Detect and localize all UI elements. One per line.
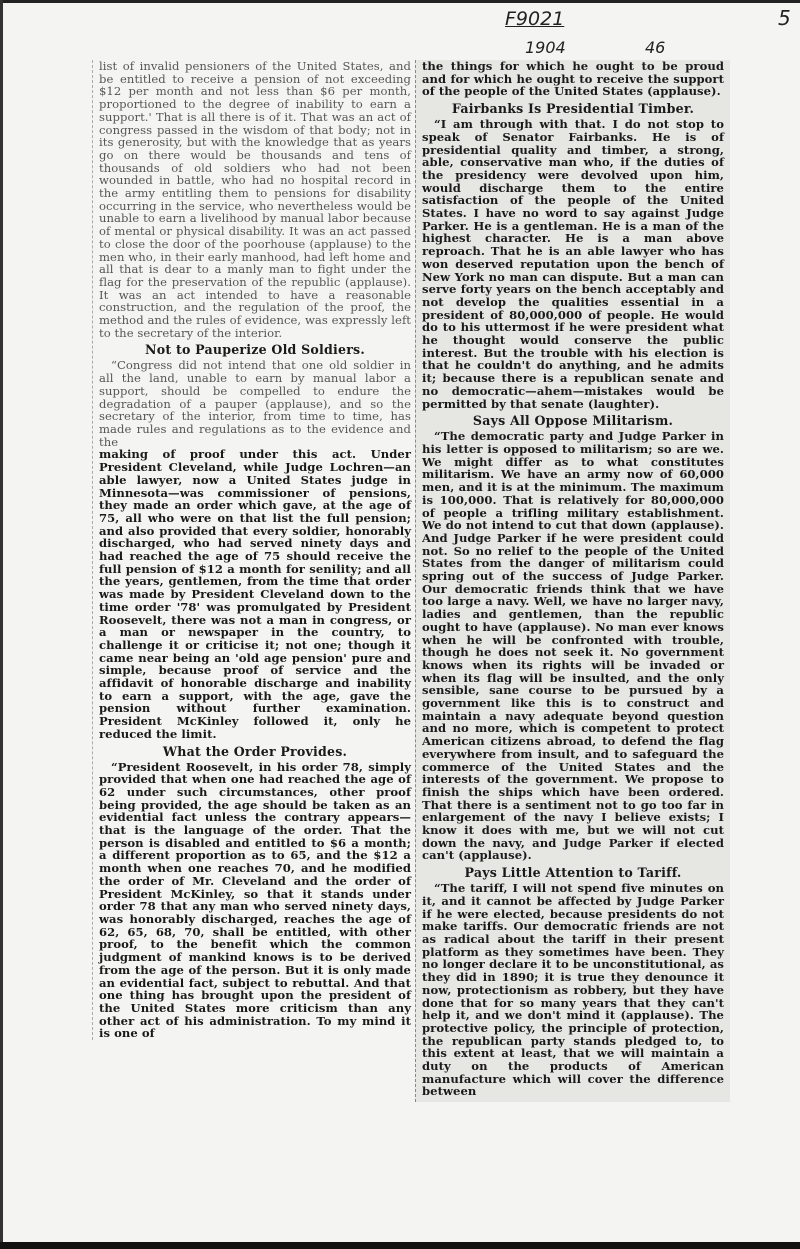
heading-fairbanks: Fairbanks Is Presidential Timber. <box>422 101 724 116</box>
handwritten-item-number: 46 <box>645 38 665 57</box>
heading-militarism: Says All Oppose Militarism. <box>422 413 724 428</box>
left-paragraph-1: list of invalid pensioners of the United… <box>99 60 411 339</box>
scan-border-top <box>0 0 800 3</box>
right-paragraph-3: “The democratic party and Judge Parker i… <box>422 430 724 862</box>
right-paragraph-1: the things for which he ought to be prou… <box>422 60 724 98</box>
handwritten-year: 1904 <box>525 38 566 57</box>
right-paragraph-4: “The tariff, I will not spend five minut… <box>422 882 724 1098</box>
right-column: the things for which he ought to be prou… <box>415 60 730 1102</box>
heading-what-order-provides: What the Order Provides. <box>99 744 411 759</box>
scan-border-left <box>0 0 3 1249</box>
heading-not-to-pauperize: Not to Pauperize Old Soldiers. <box>99 342 411 357</box>
left-paragraph-2a: “Congress did not intend that one old so… <box>99 359 411 448</box>
right-paragraph-2: “I am through with that. I do not stop t… <box>422 118 724 410</box>
scan-border-bottom <box>0 1242 800 1249</box>
left-column: list of invalid pensioners of the United… <box>92 60 411 1040</box>
handwritten-page-number: 5 <box>778 6 791 30</box>
handwritten-catalog-id: F9021 <box>505 8 564 30</box>
left-paragraph-3: “President Roosevelt, in his order 78, s… <box>99 761 411 1040</box>
heading-tariff: Pays Little Attention to Tariff. <box>422 865 724 880</box>
left-paragraph-2b: making of proof under this act. Under Pr… <box>99 448 411 740</box>
